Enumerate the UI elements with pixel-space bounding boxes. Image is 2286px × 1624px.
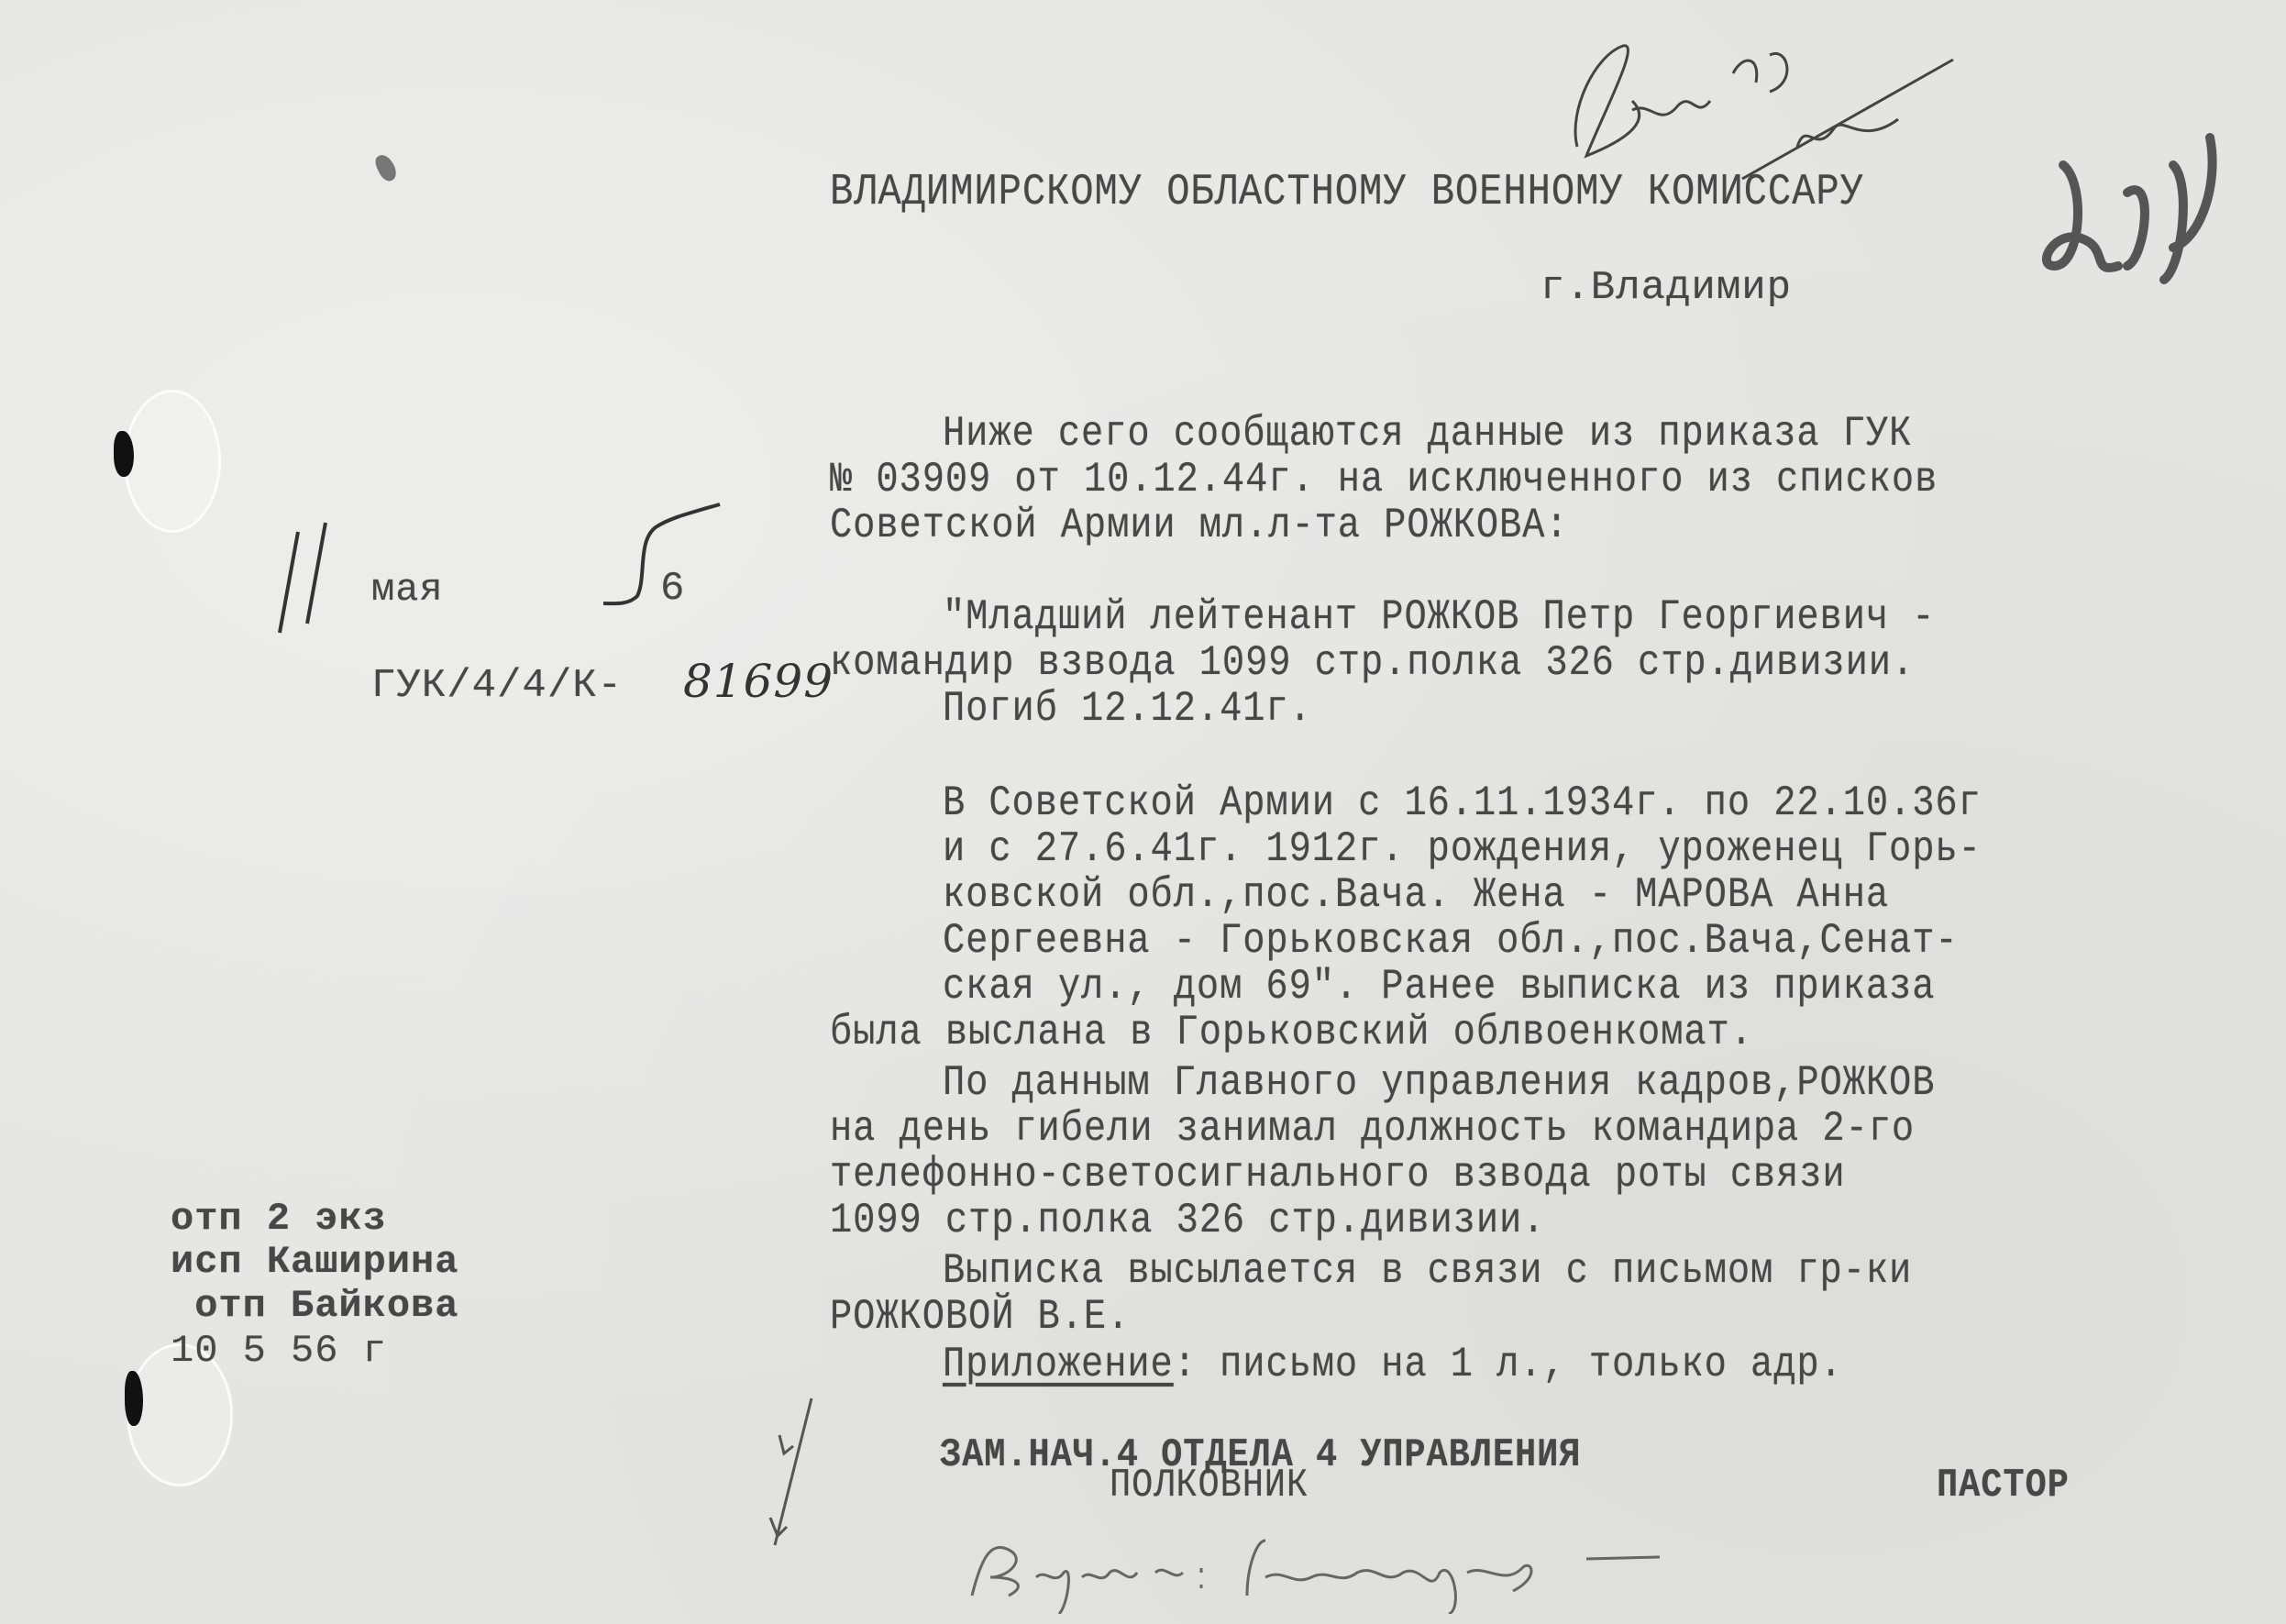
dispatch-note-date: 10 5 56 г	[171, 1331, 387, 1370]
para2-line5: ская ул., дом 69". Ранее выписка из прик…	[943, 966, 1935, 1008]
attachment-line: Приложение: письмо на 1 л., только адр.	[943, 1343, 1843, 1386]
dispatch-note-executor: исп Каширина	[171, 1243, 458, 1281]
quote-line3: Погиб 12.12.41г.	[943, 688, 1312, 730]
date-year-digit: 6	[660, 569, 685, 609]
para1-line3: Советской Армии мл.л-та РОЖКОВА:	[830, 504, 1569, 547]
para2-line3: ковской обл.,пос.Вача. Жена - МАРОВА Анн…	[943, 874, 1889, 916]
para3-line3: телефонно-светосигнального взвода роты с…	[830, 1154, 1846, 1196]
reference-number: ГУК/4/4/К-	[371, 666, 623, 706]
para3-line2: на день гибели занимал должность команди…	[830, 1108, 1915, 1150]
punch-hole-top	[124, 390, 221, 533]
para4-line2: РОЖКОВОЙ В.Е.	[830, 1296, 1130, 1338]
signatory-rank: ПОЛКОВНИК	[1110, 1465, 1309, 1506]
attachment-text: : письмо на 1 л., только адр.	[1174, 1341, 1843, 1388]
date-month: мая	[371, 570, 444, 609]
para3-line1: По данным Главного управления кадров,РОЖ…	[943, 1062, 1935, 1104]
quote-line1: "Младший лейтенант РОЖКОВ Петр Георгиеви…	[943, 596, 1935, 638]
signatory-name: ПАСТОР	[1937, 1465, 2070, 1506]
para2-line1: В Советской Армии с 16.11.1934г. по 22.1…	[943, 782, 1982, 824]
quote-line2: командир взвода 1099 стр.полка 326 стр.д…	[830, 642, 1915, 684]
addressee-city: г.Владимир	[1541, 268, 1792, 308]
attachment-label: Приложение	[943, 1341, 1174, 1388]
para1-line2: № 03909 от 10.12.44г. на исключенного из…	[830, 458, 1938, 501]
para1-line1: Ниже сего сообщаются данные из приказа Г…	[943, 413, 1912, 455]
addressee-line: ВЛАДИМИРСКОМУ ОБЛАСТНОМУ ВОЕННОМУ КОМИСС…	[830, 171, 1864, 215]
reference-handwritten: 81699	[683, 658, 834, 704]
para4-line1: Выписка высылается в связи с письмом гр-…	[943, 1250, 1912, 1292]
punch-hole-top-shadow	[114, 431, 134, 477]
para2-line6: была выслана в Горьковский облвоенкомат.	[830, 1011, 1753, 1054]
dispatch-note-typist: отп Байкова	[171, 1287, 458, 1325]
para2-line4: Сергеевна - Горьковская обл.,пос.Вача,Се…	[943, 920, 1959, 962]
dispatch-note-copies: отп 2 экз	[171, 1199, 387, 1238]
para3-line4: 1099 стр.полка 326 стр.дивизии.	[830, 1199, 1545, 1242]
para2-line2: и с 27.6.41г. 1912г. рождения, уроженец …	[943, 828, 1982, 870]
